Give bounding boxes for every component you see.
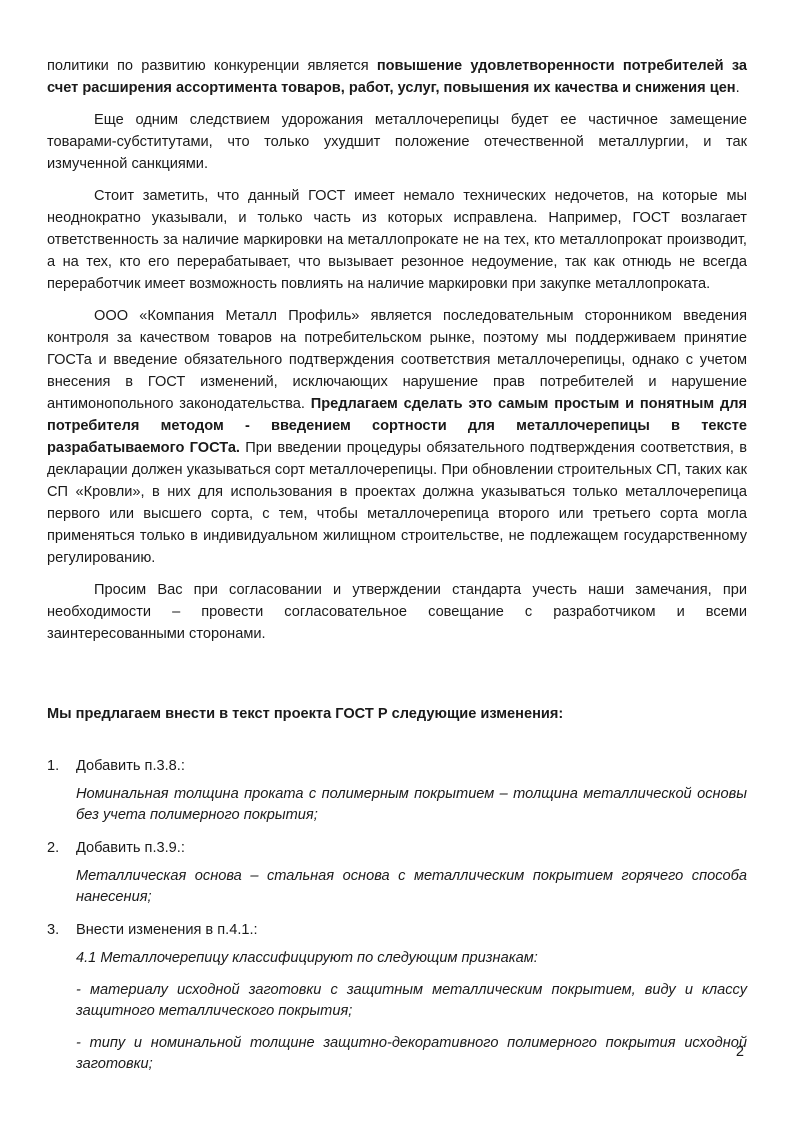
text-run: Стоит заметить, что данный ГОСТ имеет не… [47, 188, 747, 292]
amendment-detail: - материалу исходной заготовки с защитны… [76, 980, 747, 1022]
amendment-number: 3. [47, 919, 76, 941]
text-run: Еще одним следствием удорожания металлоч… [47, 112, 747, 172]
paragraph: Стоит заметить, что данный ГОСТ имеет не… [47, 185, 747, 295]
amendment-number: 2. [47, 837, 76, 859]
amendment-detail: 4.1 Металлочерепицу классифицируют по сл… [76, 948, 747, 969]
document-page: политики по развитию конкуренции являетс… [0, 0, 794, 1123]
page-number: 2 [736, 1043, 744, 1061]
amendment-detail: Номинальная толщина проката с полимерным… [76, 784, 747, 826]
paragraph: Еще одним следствием удорожания металлоч… [47, 109, 747, 175]
amendments-list: 1.Добавить п.3.8.:Номинальная толщина пр… [47, 755, 747, 1075]
amendment-item: 3.Внести изменения в п.4.1.:4.1 Металлоч… [47, 919, 747, 1075]
amendment-number: 1. [47, 755, 76, 777]
text-run: При введении процедуры обязательного под… [47, 440, 747, 566]
amendment-label-row: 1.Добавить п.3.8.: [47, 755, 747, 777]
amendment-item: 1.Добавить п.3.8.:Номинальная толщина пр… [47, 755, 747, 826]
text-run: политики по развитию конкуренции являетс… [47, 58, 377, 74]
paragraph: ООО «Компания Металл Профиль» является п… [47, 305, 747, 569]
amendment-detail: Металлическая основа – стальная основа с… [76, 866, 747, 908]
paragraph: Просим Вас при согласовании и утверждени… [47, 579, 747, 645]
proposal-heading: Мы предлагаем внести в текст проекта ГОС… [47, 703, 747, 725]
amendment-item: 2.Добавить п.3.9.:Металлическая основа –… [47, 837, 747, 908]
document-body: политики по развитию конкуренции являетс… [47, 55, 747, 645]
paragraph: политики по развитию конкуренции являетс… [47, 55, 747, 99]
amendment-label-row: 3.Внести изменения в п.4.1.: [47, 919, 747, 941]
amendment-label-row: 2.Добавить п.3.9.: [47, 837, 747, 859]
text-run: Просим Вас при согласовании и утверждени… [47, 582, 747, 642]
amendment-label: Внести изменения в п.4.1.: [76, 919, 747, 941]
amendment-detail: - типу и номинальной толщине защитно-дек… [76, 1033, 747, 1075]
amendment-label: Добавить п.3.9.: [76, 837, 747, 859]
amendment-label: Добавить п.3.8.: [76, 755, 747, 777]
text-run: . [736, 80, 740, 96]
